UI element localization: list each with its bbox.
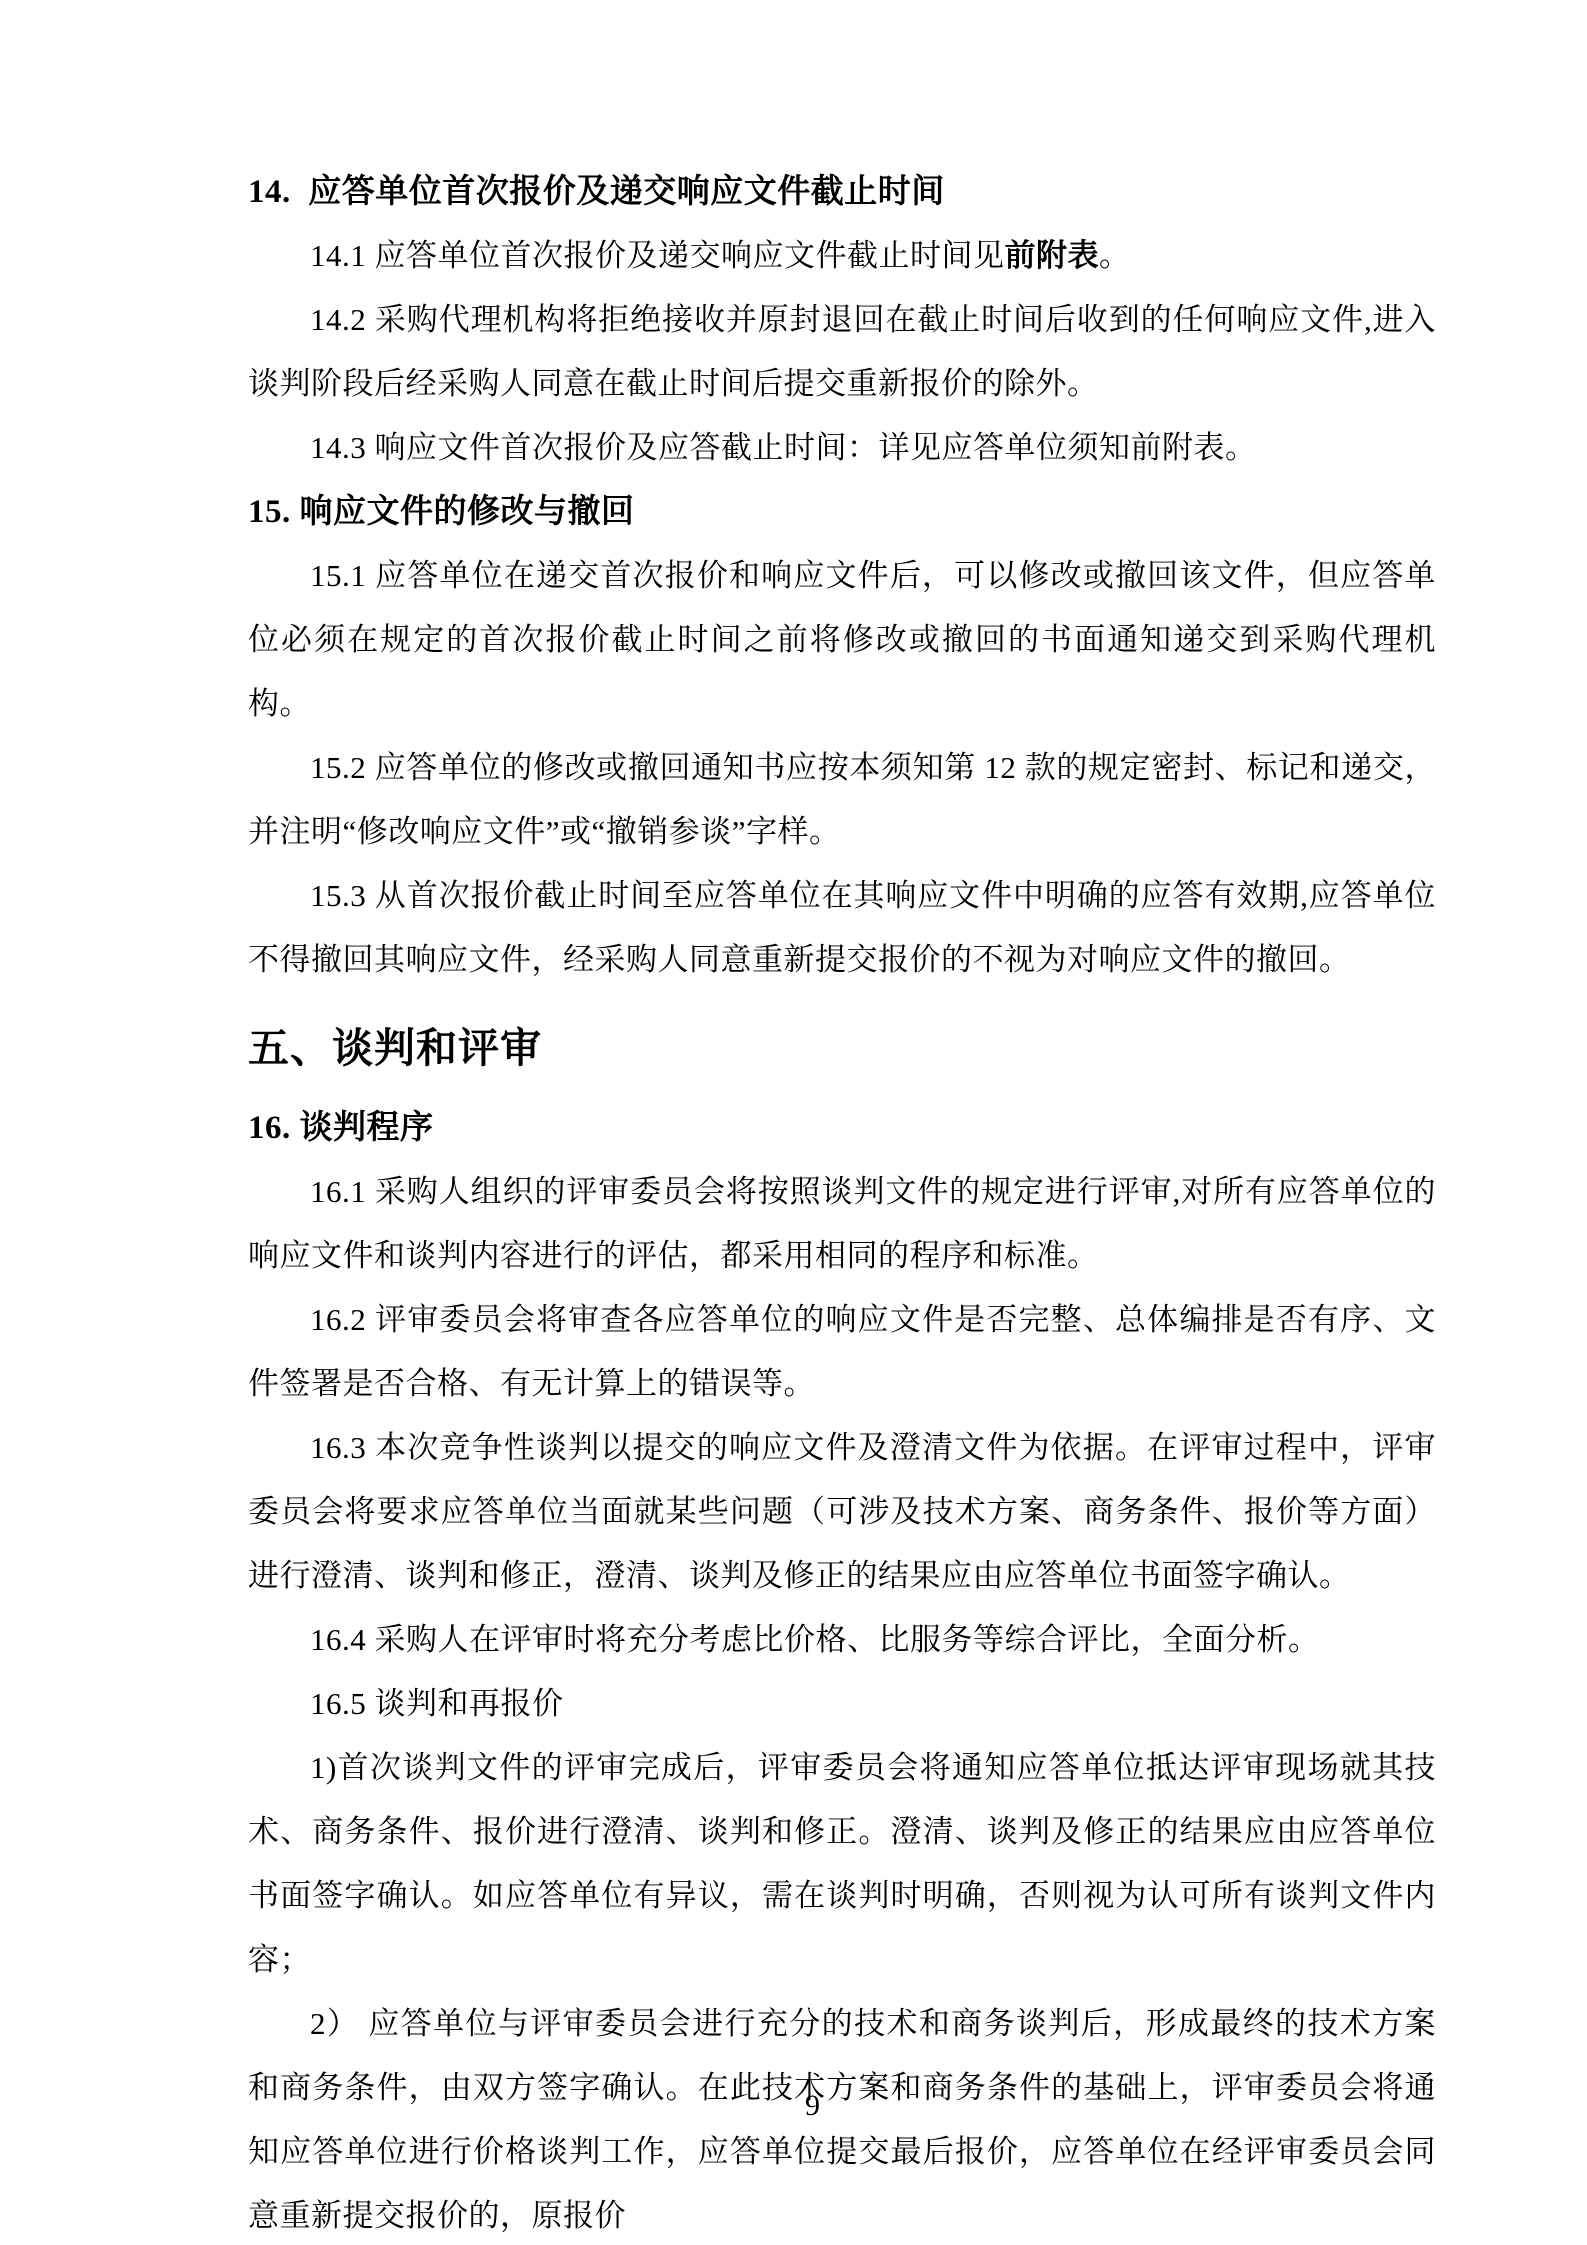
heading-chapter-5: 五、谈判和评审 — [248, 1010, 1436, 1086]
paragraph-14-1: 14.1 应答单位首次报价及递交响应文件截止时间见前附表。 — [248, 224, 1436, 288]
document-page: 14. 应答单位首次报价及递交响应文件截止时间 14.1 应答单位首次报价及递交… — [0, 0, 1587, 2245]
heading-section-16: 16. 谈判程序 — [248, 1096, 1436, 1160]
document-body: 14. 应答单位首次报价及递交响应文件截止时间 14.1 应答单位首次报价及递交… — [248, 160, 1436, 2245]
paragraph-16-1: 16.1 采购人组织的评审委员会将按照谈判文件的规定进行评审,对所有应答单位的响… — [248, 1160, 1436, 1288]
paragraph-16-4: 16.4 采购人在评审时将充分考虑比价格、比服务等综合评比，全面分析。 — [248, 1608, 1436, 1672]
paragraph-14-1-period: 。 — [1099, 238, 1131, 273]
paragraph-15-2: 15.2 应答单位的修改或撤回通知书应按本须知第 12 款的规定密封、标记和递交… — [248, 736, 1436, 864]
heading-section-15: 15. 响应文件的修改与撤回 — [248, 480, 1436, 544]
paragraph-14-1-text: 14.1 应答单位首次报价及递交响应文件截止时间见 — [310, 238, 1005, 273]
paragraph-16-5-item-1: 1)首次谈判文件的评审完成后，评审委员会将通知应答单位抵达评审现场就其技术、商务… — [248, 1736, 1436, 1992]
heading-section-14: 14. 应答单位首次报价及递交响应文件截止时间 — [248, 160, 1436, 224]
paragraph-14-2: 14.2 采购代理机构将拒绝接收并原封退回在截止时间后收到的任何响应文件,进入谈… — [248, 288, 1436, 416]
paragraph-16-2: 16.2 评审委员会将审查各应答单位的响应文件是否完整、总体编排是否有序、文件签… — [248, 1288, 1436, 1416]
paragraph-15-3: 15.3 从首次报价截止时间至应答单位在其响应文件中明确的应答有效期,应答单位不… — [248, 864, 1436, 992]
paragraph-16-3: 16.3 本次竞争性谈判以提交的响应文件及澄清文件为依据。在评审过程中，评审委员… — [248, 1416, 1436, 1608]
paragraph-15-1: 15.1 应答单位在递交首次报价和响应文件后，可以修改或撤回该文件，但应答单位必… — [248, 544, 1436, 736]
page-number: 9 — [0, 2088, 1587, 2124]
paragraph-14-3: 14.3 响应文件首次报价及应答截止时间：详见应答单位须知前附表。 — [248, 416, 1436, 480]
paragraph-14-1-bold-term: 前附表 — [1005, 238, 1100, 273]
paragraph-16-5: 16.5 谈判和再报价 — [248, 1672, 1436, 1736]
